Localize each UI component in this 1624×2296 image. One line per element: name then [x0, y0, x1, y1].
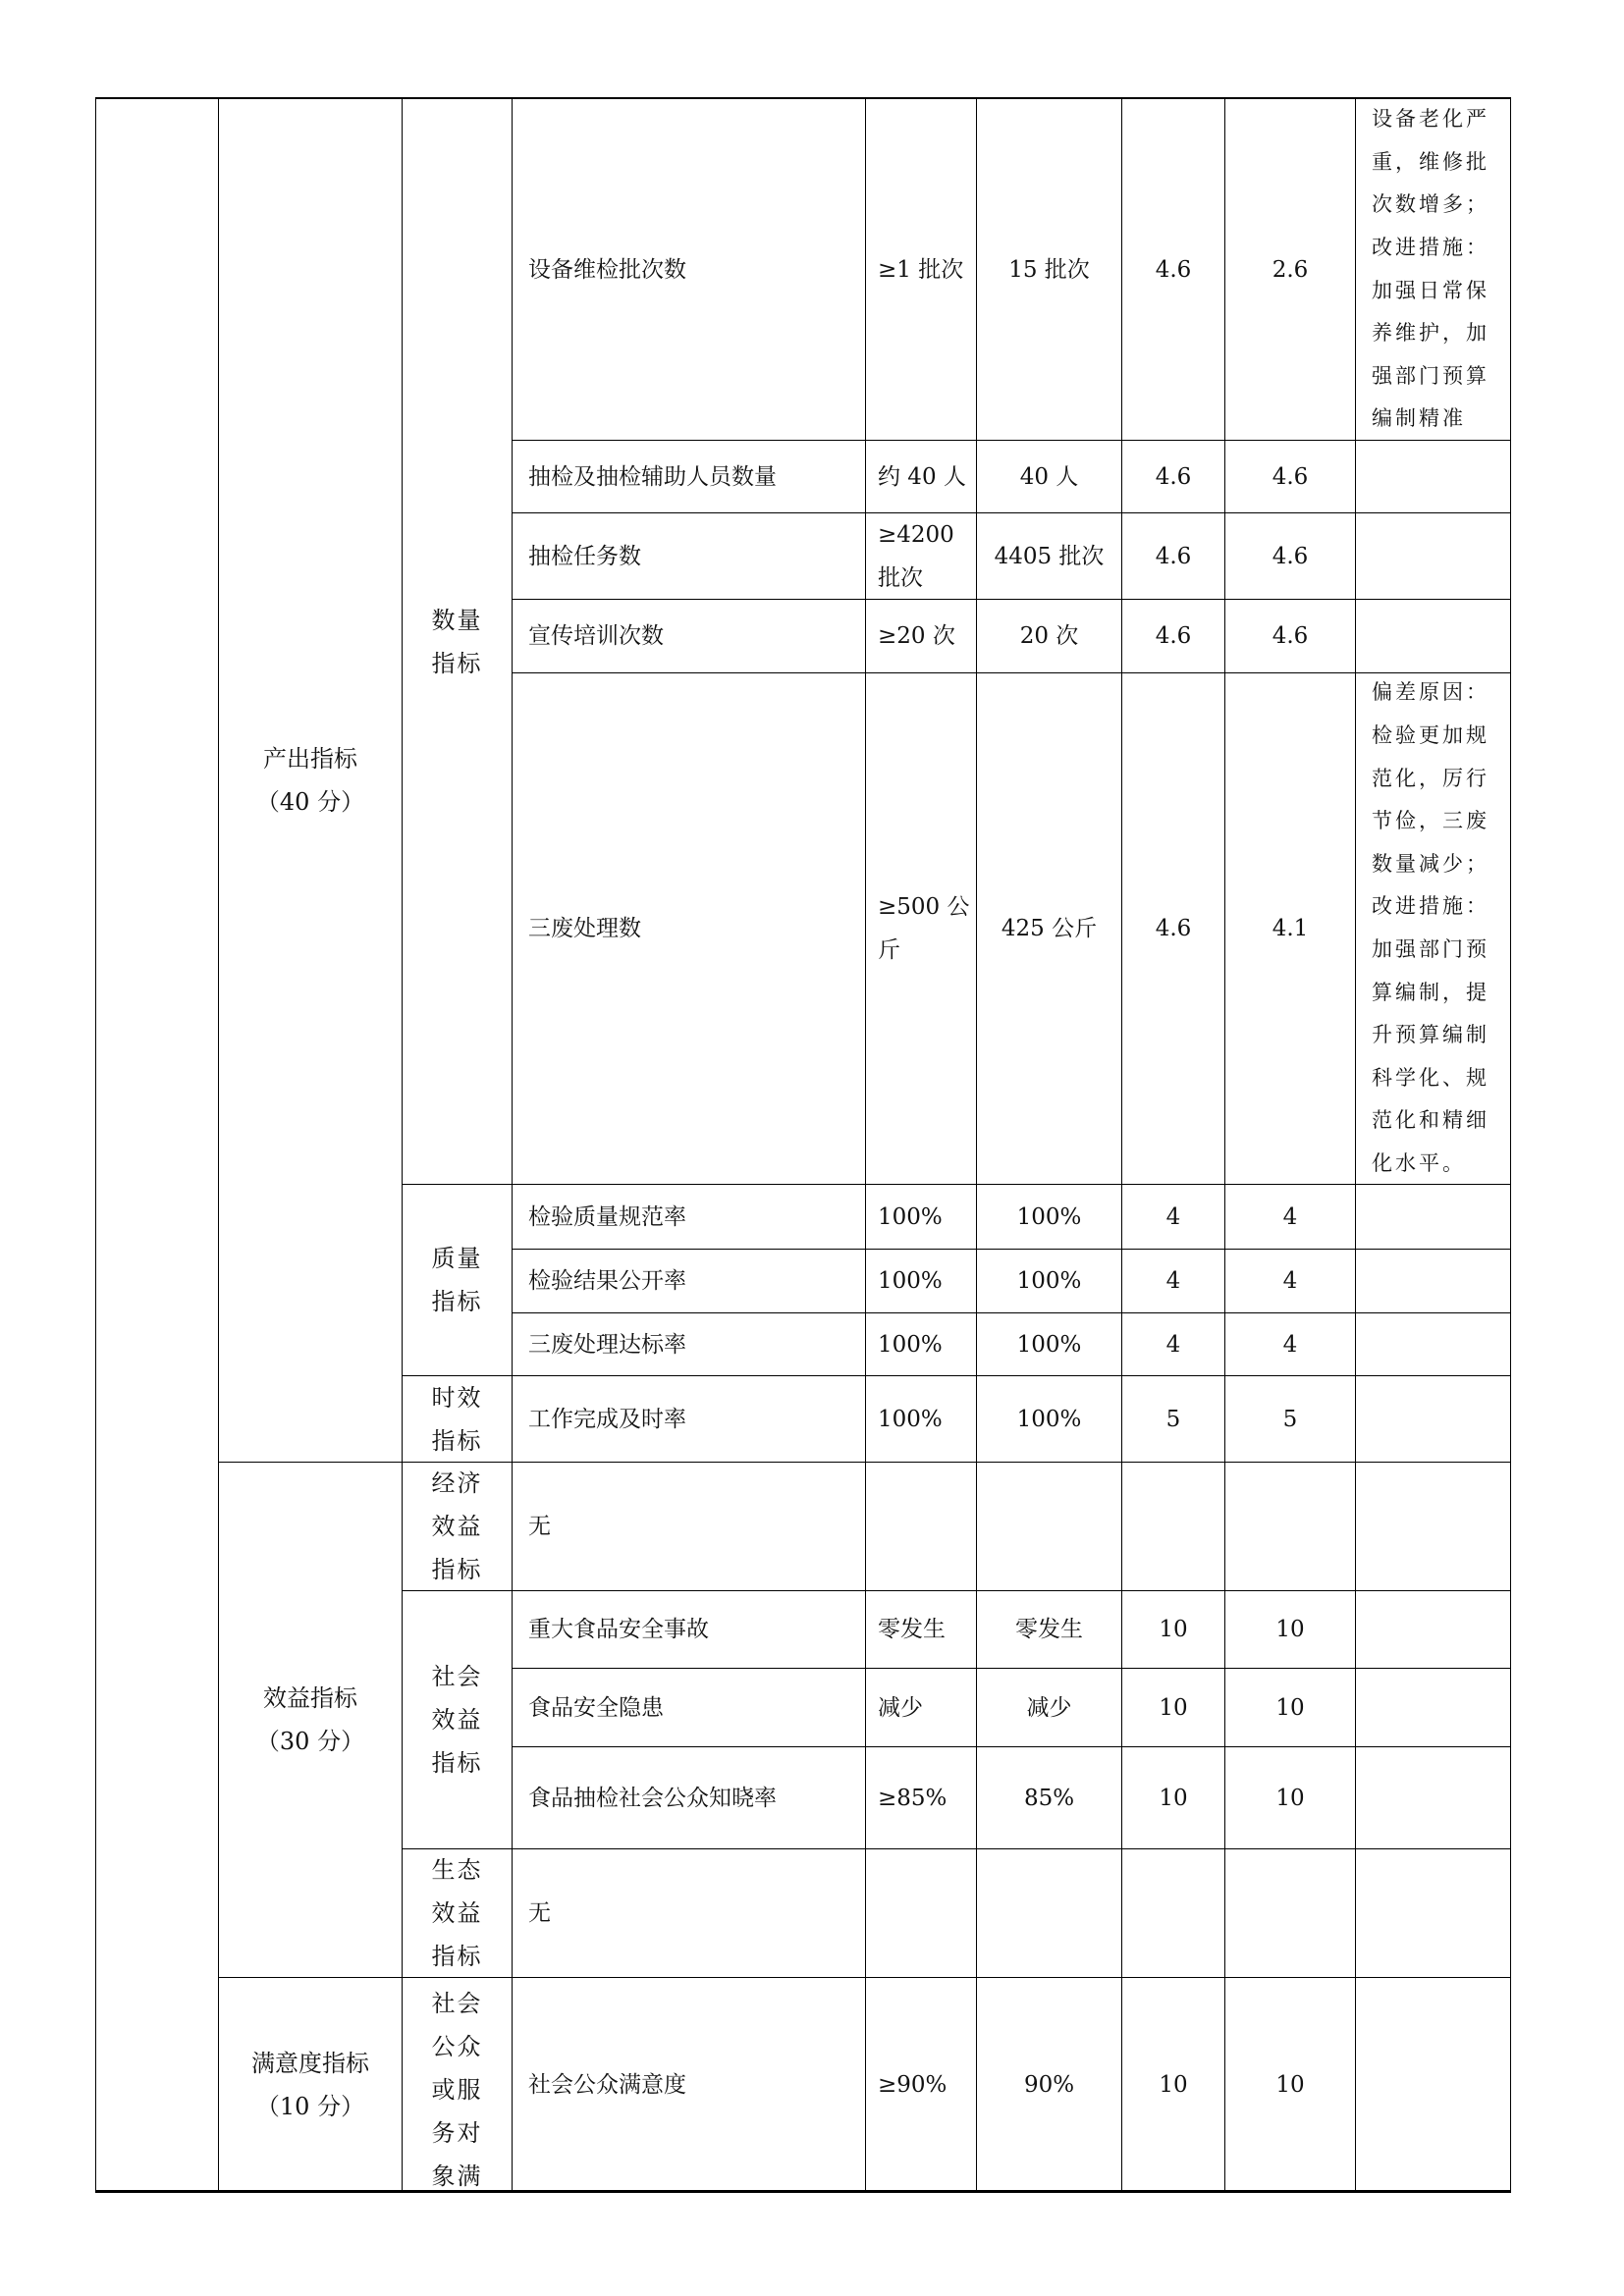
- table-cell-remark: [1355, 1746, 1511, 1849]
- table-cell-actual: 85%: [976, 1746, 1122, 1849]
- weight-text: 4.6: [1156, 248, 1192, 292]
- actual-text: 15 批次: [1008, 248, 1090, 292]
- table-cell-remark: [1355, 599, 1511, 673]
- table-cell-score: 10: [1224, 1977, 1356, 2192]
- table-cell-indicator: 食品抽检社会公众知晓率: [512, 1746, 866, 1849]
- weight-text: 4: [1166, 1259, 1181, 1303]
- indicator-text: 三废处理数: [528, 907, 641, 950]
- table-cell-indicator: 社会公众满意度: [512, 1977, 866, 2192]
- subcategory-quality-label: 质量指标: [428, 1237, 487, 1323]
- target-text: 减少: [866, 1686, 929, 1730]
- table-cell-weight: 4: [1121, 1312, 1225, 1376]
- table-cell-score: 4: [1224, 1184, 1356, 1250]
- actual-text: 90%: [1024, 2063, 1074, 2107]
- table-cell-score: 10: [1224, 1668, 1356, 1747]
- table-cell-score: 4.1: [1224, 672, 1356, 1185]
- indicator-text: 宣传培训次数: [528, 614, 664, 658]
- table-cell-weight: 4: [1121, 1184, 1225, 1250]
- table-cell-actual: 15 批次: [976, 98, 1122, 441]
- table-cell-indicator: 重大食品安全事故: [512, 1590, 866, 1669]
- table-cell-target: ≥20 次: [865, 599, 977, 673]
- indicator-text: 设备维检批次数: [528, 248, 686, 292]
- table-bottom-border: [95, 2190, 1511, 2193]
- table-cell-target: 100%: [865, 1312, 977, 1376]
- table-cell-remark: [1355, 1848, 1511, 1978]
- table-cell-weight: [1121, 1848, 1225, 1978]
- table-cell-remark: 偏差原因：检验更加规范化，厉行节俭，三废数量减少；改进措施：加强部门预算编制，提…: [1355, 672, 1511, 1185]
- category-benefit: 效益指标 （30 分）: [218, 1462, 403, 1978]
- table-cell-target: [865, 1462, 977, 1591]
- table-cell-remark: [1355, 1462, 1511, 1591]
- table-cell-remark: [1355, 1249, 1511, 1313]
- weight-text: 4.6: [1156, 535, 1192, 578]
- subcategory-social-label: 社会效益指标: [428, 1655, 487, 1785]
- score-text: 4.6: [1272, 535, 1309, 578]
- table-cell-actual: 减少: [976, 1668, 1122, 1747]
- table-cell-target: ≥500 公斤: [865, 672, 977, 1185]
- category-output: 产出指标 （40 分）: [218, 98, 403, 1463]
- table-cell-indicator: 三废处理数: [512, 672, 866, 1185]
- table-cell-target: ≥90%: [865, 1977, 977, 2192]
- actual-text: 100%: [1017, 1259, 1082, 1303]
- remark-text: 偏差原因：设备老化严重，维修批次数增多；改进措施：加强日常保养维护，加强部门预算…: [1356, 98, 1510, 441]
- table-cell-weight: 4.6: [1121, 599, 1225, 673]
- table-cell-score: 4.6: [1224, 512, 1356, 600]
- remark-text: 偏差原因：检验更加规范化，厉行节俭，三废数量减少；改进措施：加强部门预算编制，提…: [1356, 672, 1510, 1185]
- indicator-text: 抽检任务数: [528, 535, 641, 578]
- target-text: 100%: [866, 1323, 948, 1366]
- actual-text: 100%: [1017, 1398, 1082, 1441]
- weight-text: 10: [1159, 1686, 1187, 1730]
- weight-text: 10: [1159, 1608, 1187, 1651]
- target-text: ≥20 次: [866, 614, 961, 658]
- actual-text: 零发生: [1015, 1608, 1083, 1651]
- indicator-text: 食品抽检社会公众知晓率: [528, 1777, 777, 1820]
- table-cell-score: [1224, 1462, 1356, 1591]
- target-text: ≥90%: [866, 2063, 952, 2107]
- subcategory-economic-label: 经济效益指标: [428, 1462, 487, 1591]
- score-text: 4.1: [1272, 907, 1309, 950]
- table-cell-actual: [976, 1462, 1122, 1591]
- table-cell-remark: [1355, 1977, 1511, 2192]
- subcategory-economic: 经济效益指标: [402, 1462, 513, 1591]
- category-satisfaction-label: 满意度指标 （10 分）: [251, 2042, 369, 2128]
- table-cell-indicator: 设备维检批次数: [512, 98, 866, 441]
- score-text: 4.6: [1272, 614, 1309, 658]
- weight-text: 4: [1166, 1323, 1181, 1366]
- table-cell-indicator: 食品安全隐患: [512, 1668, 866, 1747]
- table-cell-weight: 4.6: [1121, 440, 1225, 513]
- table-cell-target: 100%: [865, 1184, 977, 1250]
- indicator-text: 食品安全隐患: [528, 1686, 664, 1730]
- weight-text: 4.6: [1156, 614, 1192, 658]
- table-cell-weight: 4.6: [1121, 98, 1225, 441]
- target-text: ≥4200 批次: [866, 513, 976, 600]
- indicator-text: 检验质量规范率: [528, 1196, 686, 1239]
- table-cell-indicator: 宣传培训次数: [512, 599, 866, 673]
- table-cell-score: [1224, 1848, 1356, 1978]
- table-cell-target: ≥1 批次: [865, 98, 977, 441]
- table-cell-remark: [1355, 512, 1511, 600]
- table-cell-weight: 4.6: [1121, 512, 1225, 600]
- indicator-text: 检验结果公开率: [528, 1259, 686, 1303]
- weight-text: 5: [1166, 1398, 1181, 1441]
- table-cell-weight: [1121, 1462, 1225, 1591]
- table-cell-target: [865, 1848, 977, 1978]
- table-cell-score: 5: [1224, 1375, 1356, 1463]
- actual-text: 85%: [1024, 1777, 1074, 1820]
- target-text: ≥1 批次: [866, 248, 969, 292]
- actual-text: 减少: [1027, 1686, 1072, 1730]
- table-cell-score: 10: [1224, 1590, 1356, 1669]
- actual-text: 100%: [1017, 1196, 1082, 1239]
- weight-text: 4.6: [1156, 455, 1192, 499]
- table-cell-target: 零发生: [865, 1590, 977, 1669]
- weight-text: 4: [1166, 1196, 1181, 1239]
- score-text: 4: [1283, 1259, 1298, 1303]
- table-cell-score: 2.6: [1224, 98, 1356, 441]
- subcategory-ecological-label: 生态效益指标: [428, 1848, 487, 1978]
- table-cell-target: 100%: [865, 1375, 977, 1463]
- target-text: 零发生: [866, 1608, 951, 1651]
- table-cell-target: 约 40 人: [865, 440, 977, 513]
- table-cell-score: 4: [1224, 1249, 1356, 1313]
- score-text: 10: [1275, 1608, 1304, 1651]
- table-cell-actual: 100%: [976, 1184, 1122, 1250]
- target-text: 约 40 人: [866, 455, 972, 499]
- table-cell-actual: 100%: [976, 1312, 1122, 1376]
- table-cell-score: 4.6: [1224, 440, 1356, 513]
- score-text: 10: [1275, 1777, 1304, 1820]
- target-text: 100%: [866, 1259, 948, 1303]
- table-cell-target: 100%: [865, 1249, 977, 1313]
- table-cell-indicator: 检验质量规范率: [512, 1184, 866, 1250]
- target-text: ≥500 公斤: [866, 885, 976, 972]
- table-cell-remark: [1355, 1375, 1511, 1463]
- target-text: ≥85%: [866, 1777, 952, 1820]
- subcategory-satisfaction: 社会公众或服务对象满: [402, 1977, 513, 2192]
- indicator-text: 三废处理达标率: [528, 1323, 686, 1366]
- table-cell-actual: 425 公斤: [976, 672, 1122, 1185]
- weight-text: 10: [1159, 2063, 1187, 2107]
- subcategory-satisfaction-label: 社会公众或服务对象满: [428, 1978, 487, 2192]
- actual-text: 425 公斤: [1001, 907, 1097, 950]
- table-cell-weight: 10: [1121, 1977, 1225, 2192]
- table-cell-indicator: 检验结果公开率: [512, 1249, 866, 1313]
- table-cell-indicator: 无: [512, 1462, 866, 1591]
- subcategory-quantity: 数量指标: [402, 98, 513, 1185]
- category-benefit-label: 效益指标 （30 分）: [256, 1677, 364, 1763]
- table-cell-actual: 零发生: [976, 1590, 1122, 1669]
- table-cell-remark: [1355, 1312, 1511, 1376]
- indicator-text: 社会公众满意度: [528, 2063, 686, 2107]
- actual-text: 20 次: [1020, 614, 1079, 658]
- table-cell-target: 减少: [865, 1668, 977, 1747]
- table-cell-score: 10: [1224, 1746, 1356, 1849]
- table-cell-indicator: 工作完成及时率: [512, 1375, 866, 1463]
- table-cell-actual: 100%: [976, 1249, 1122, 1313]
- indicator-text: 工作完成及时率: [528, 1398, 686, 1441]
- target-text: 100%: [866, 1196, 948, 1239]
- table-cell-weight: 10: [1121, 1590, 1225, 1669]
- actual-text: 40 人: [1020, 455, 1079, 499]
- level1-indicator-cell: [95, 98, 219, 2192]
- indicator-text: 无: [528, 1892, 551, 1935]
- weight-text: 4.6: [1156, 907, 1192, 950]
- indicator-text: 重大食品安全事故: [528, 1608, 709, 1651]
- table-cell-actual: 20 次: [976, 599, 1122, 673]
- table-cell-weight: 5: [1121, 1375, 1225, 1463]
- score-text: 10: [1275, 1686, 1304, 1730]
- table-cell-actual: [976, 1848, 1122, 1978]
- table-cell-weight: 10: [1121, 1668, 1225, 1747]
- actual-text: 100%: [1017, 1323, 1082, 1366]
- table-cell-actual: 90%: [976, 1977, 1122, 2192]
- table-cell-actual: 40 人: [976, 440, 1122, 513]
- category-satisfaction: 满意度指标 （10 分）: [218, 1977, 403, 2192]
- table-cell-indicator: 抽检任务数: [512, 512, 866, 600]
- table-cell-actual: 100%: [976, 1375, 1122, 1463]
- table-cell-remark: [1355, 440, 1511, 513]
- weight-text: 10: [1159, 1777, 1187, 1820]
- table-cell-actual: 4405 批次: [976, 512, 1122, 600]
- score-text: 5: [1283, 1398, 1298, 1441]
- indicator-text: 无: [528, 1505, 551, 1548]
- score-text: 2.6: [1272, 248, 1309, 292]
- table-cell-indicator: 无: [512, 1848, 866, 1978]
- table-cell-remark: [1355, 1590, 1511, 1669]
- table-cell-weight: 4: [1121, 1249, 1225, 1313]
- score-text: 4: [1283, 1196, 1298, 1239]
- subcategory-timeliness: 时效指标: [402, 1375, 513, 1463]
- subcategory-social: 社会效益指标: [402, 1590, 513, 1849]
- category-output-label: 产出指标 （40 分）: [256, 737, 364, 824]
- table-cell-indicator: 抽检及抽检辅助人员数量: [512, 440, 866, 513]
- subcategory-quantity-label: 数量指标: [428, 599, 487, 685]
- table-cell-remark: 偏差原因：设备老化严重，维修批次数增多；改进措施：加强日常保养维护，加强部门预算…: [1355, 98, 1511, 441]
- table-cell-target: ≥85%: [865, 1746, 977, 1849]
- table-cell-score: 4: [1224, 1312, 1356, 1376]
- subcategory-quality: 质量指标: [402, 1184, 513, 1376]
- table-cell-remark: [1355, 1184, 1511, 1250]
- score-text: 4: [1283, 1323, 1298, 1366]
- actual-text: 4405 批次: [995, 535, 1105, 578]
- indicator-text: 抽检及抽检辅助人员数量: [528, 455, 777, 499]
- subcategory-timeliness-label: 时效指标: [428, 1376, 487, 1463]
- table-cell-weight: 10: [1121, 1746, 1225, 1849]
- score-text: 10: [1275, 2063, 1304, 2107]
- table-cell-indicator: 三废处理达标率: [512, 1312, 866, 1376]
- table-cell-target: ≥4200 批次: [865, 512, 977, 600]
- target-text: 100%: [866, 1398, 948, 1441]
- table-cell-score: 4.6: [1224, 599, 1356, 673]
- score-text: 4.6: [1272, 455, 1309, 499]
- subcategory-ecological: 生态效益指标: [402, 1848, 513, 1978]
- table-cell-remark: [1355, 1668, 1511, 1747]
- table-cell-weight: 4.6: [1121, 672, 1225, 1185]
